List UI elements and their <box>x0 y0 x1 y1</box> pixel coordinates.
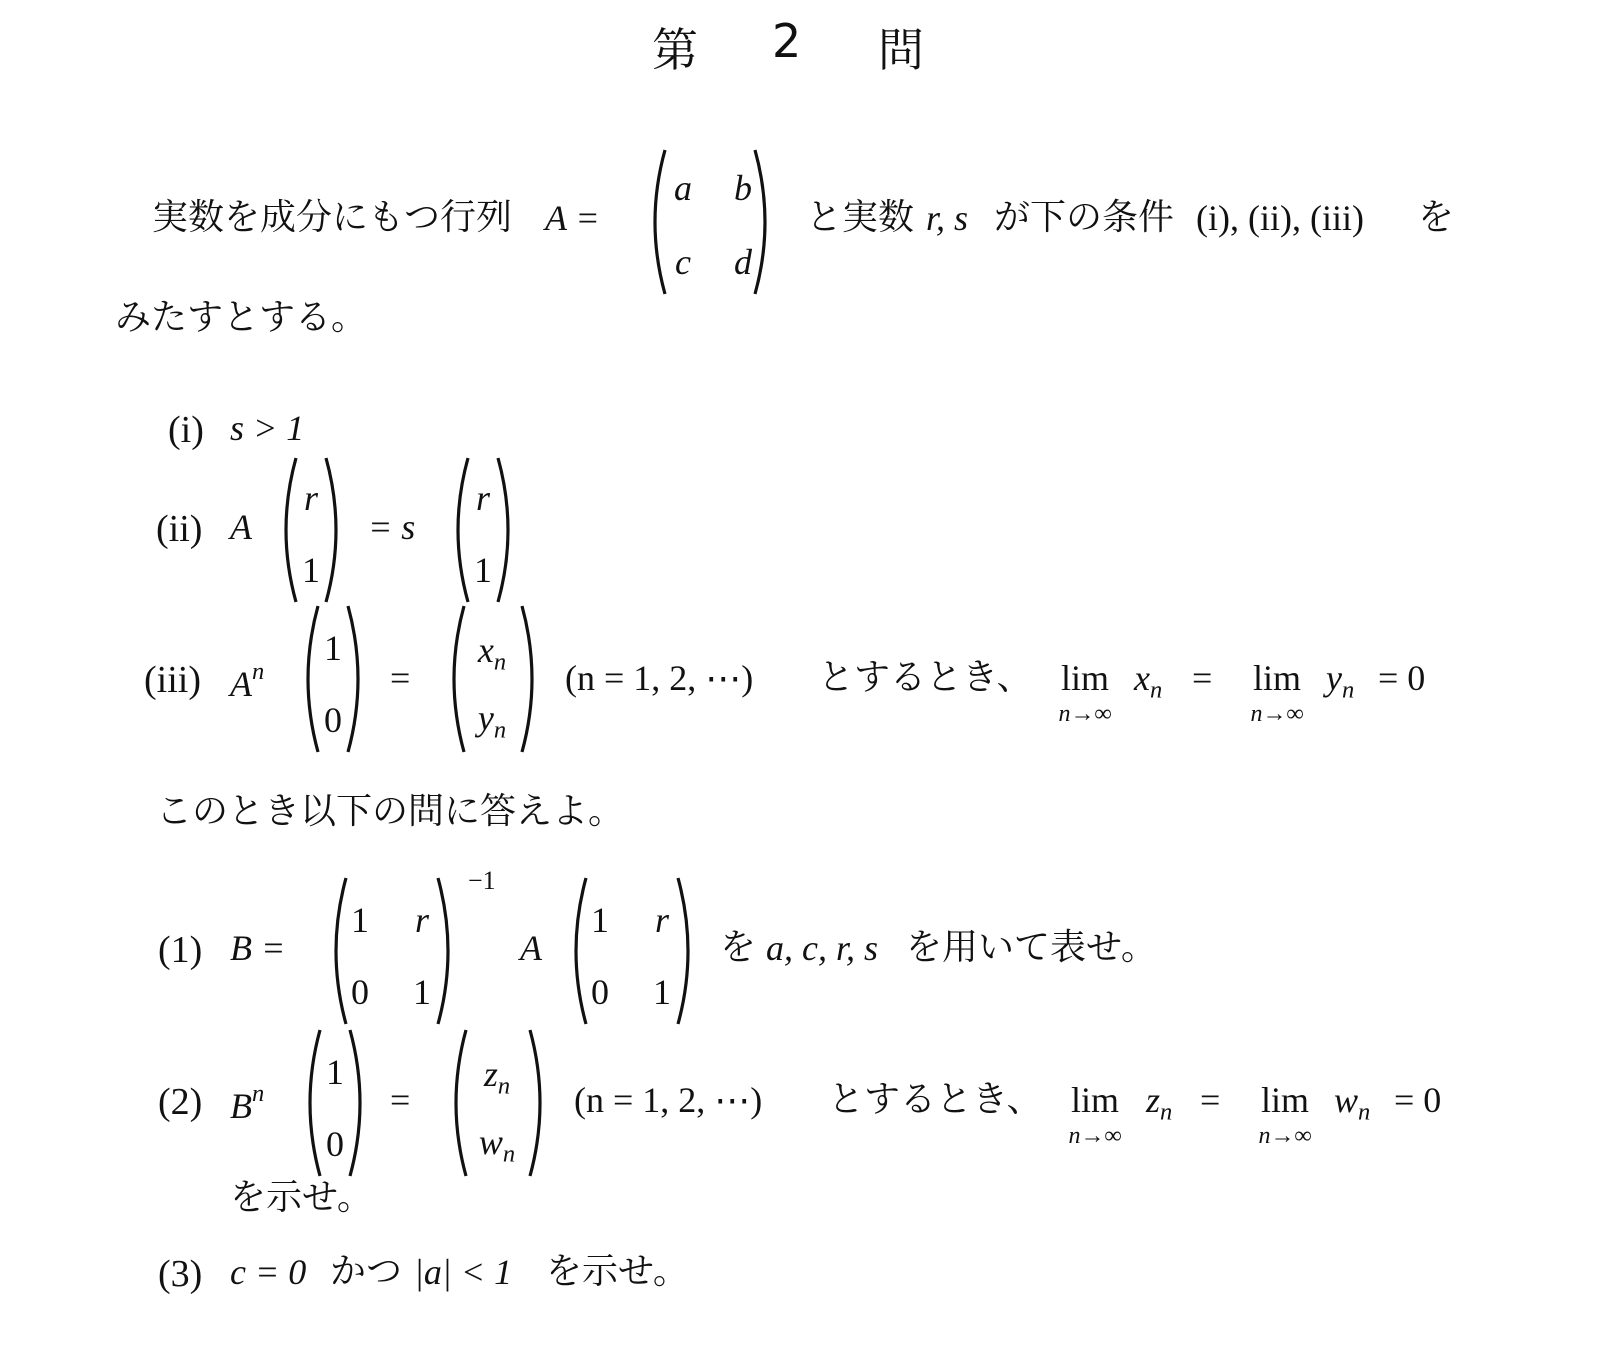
cond-iii-vector-right: xn yn <box>444 604 542 754</box>
cond-iii-lhs: An <box>230 660 264 702</box>
cond-ii-lhs: A <box>230 509 252 545</box>
cond-iii-eq-mid: = <box>1192 660 1212 696</box>
cond-i-label: (i) <box>168 408 204 452</box>
intro-line-2: みたすとする。 <box>115 300 367 336</box>
q2-label: (2) <box>158 1080 202 1124</box>
right-paren-icon <box>436 876 458 1026</box>
cond-ii-vector-left: r 1 <box>276 456 346 604</box>
right-paren-icon <box>676 876 698 1026</box>
q2-vector-right: zn wn <box>446 1028 550 1178</box>
q3-jp1: かつ <box>330 1254 402 1290</box>
q2-vector-left: 1 0 <box>300 1028 370 1178</box>
cond-ii-eq: = s <box>368 509 415 545</box>
q2-range: (n = 1, 2, ⋯) <box>574 1082 762 1118</box>
matrix-A-a: a <box>663 170 703 206</box>
q2-jp: とするとき、 <box>828 1082 1043 1118</box>
instruction: このとき以下の問に答えよ。 <box>156 794 624 830</box>
q1-vars: a, c, r, s <box>766 930 878 966</box>
vec-entry-wn: wn <box>468 1124 526 1167</box>
q1-label: (1) <box>158 928 202 972</box>
matrix-entry: 1 <box>340 902 380 938</box>
cond-iii-eq: = <box>390 660 410 696</box>
cond-ii-label: (ii) <box>156 507 202 551</box>
q1-matrix-P: 1 r 0 1 <box>326 876 458 1026</box>
intro-text-1: 実数を成分にもつ行列 <box>152 200 512 236</box>
cond-iii-range: (n = 1, 2, ⋯) <box>565 660 753 696</box>
limit-operator: limn→∞ <box>1240 1082 1330 1148</box>
matrix-entry: 1 <box>580 902 620 938</box>
q2-wn: wn <box>1334 1082 1370 1125</box>
left-paren-icon <box>446 1028 468 1178</box>
limit-operator: limn→∞ <box>1040 660 1130 726</box>
cond-iii-label: (iii) <box>144 658 201 702</box>
q2-end: = 0 <box>1394 1082 1441 1118</box>
q1-jp-post: を用いて表せ。 <box>906 930 1157 966</box>
right-paren-icon <box>528 1028 550 1178</box>
cond-ii-vector-right: r 1 <box>448 456 518 604</box>
cond-iii-end: = 0 <box>1378 660 1425 696</box>
q2-zn: zn <box>1146 1082 1172 1125</box>
intro-text-4: を <box>1418 200 1454 236</box>
right-paren-icon <box>348 1028 370 1178</box>
q1-jp-pre: を <box>720 930 756 966</box>
vec-entry-xn: xn <box>466 632 518 675</box>
matrix-A-c: c <box>663 244 703 280</box>
matrix-entry: 0 <box>340 974 380 1010</box>
intro-text-2: と実数 <box>806 200 914 236</box>
inverse-superscript: −1 <box>468 866 496 896</box>
right-paren-icon <box>753 148 775 296</box>
title-number: 2 <box>772 14 801 68</box>
q2-eq-mid: = <box>1200 1082 1220 1118</box>
right-paren-icon <box>520 604 542 754</box>
limit-operator: limn→∞ <box>1232 660 1322 726</box>
q3-label: (3) <box>158 1252 202 1296</box>
cond-iii-yn: yn <box>1326 660 1354 703</box>
vec-entry-yn: yn <box>466 700 518 743</box>
q1-lhs: B = <box>230 930 285 966</box>
right-paren-icon <box>496 456 518 604</box>
q2-eq: = <box>390 1082 410 1118</box>
q3-expr1: c = 0 <box>230 1254 306 1290</box>
q3-expr2: |a| < 1 <box>414 1254 512 1290</box>
limit-operator: limn→∞ <box>1050 1082 1140 1148</box>
cond-iii-xn: xn <box>1134 660 1162 703</box>
matrix-entry: 0 <box>580 974 620 1010</box>
q1-matrix-Q: 1 r 0 1 <box>566 876 698 1026</box>
q2-lhs: Bn <box>230 1082 264 1124</box>
q2-continuation: を示せ。 <box>230 1180 373 1216</box>
cond-iii-vector-left: 1 0 <box>298 604 368 754</box>
matrix-A: a b c d <box>645 148 775 296</box>
vec-entry-zn: zn <box>468 1056 526 1099</box>
q1-mid-A: A <box>520 930 542 966</box>
q3-jp2: を示せ。 <box>546 1254 689 1290</box>
intro-conds: (i), (ii), (iii) <box>1196 200 1364 236</box>
intro-rs: r, s <box>926 200 968 236</box>
title-dai: 第 <box>652 14 698 80</box>
left-paren-icon <box>444 604 466 754</box>
title-mon: 問 <box>878 14 924 80</box>
intro-A-eq: A = <box>545 200 600 236</box>
right-paren-icon <box>346 604 368 754</box>
intro-text-3: が下の条件 <box>994 200 1174 236</box>
right-paren-icon <box>324 456 346 604</box>
cond-iii-jp: とするとき、 <box>818 660 1033 696</box>
cond-i-expr: s > 1 <box>230 410 304 446</box>
